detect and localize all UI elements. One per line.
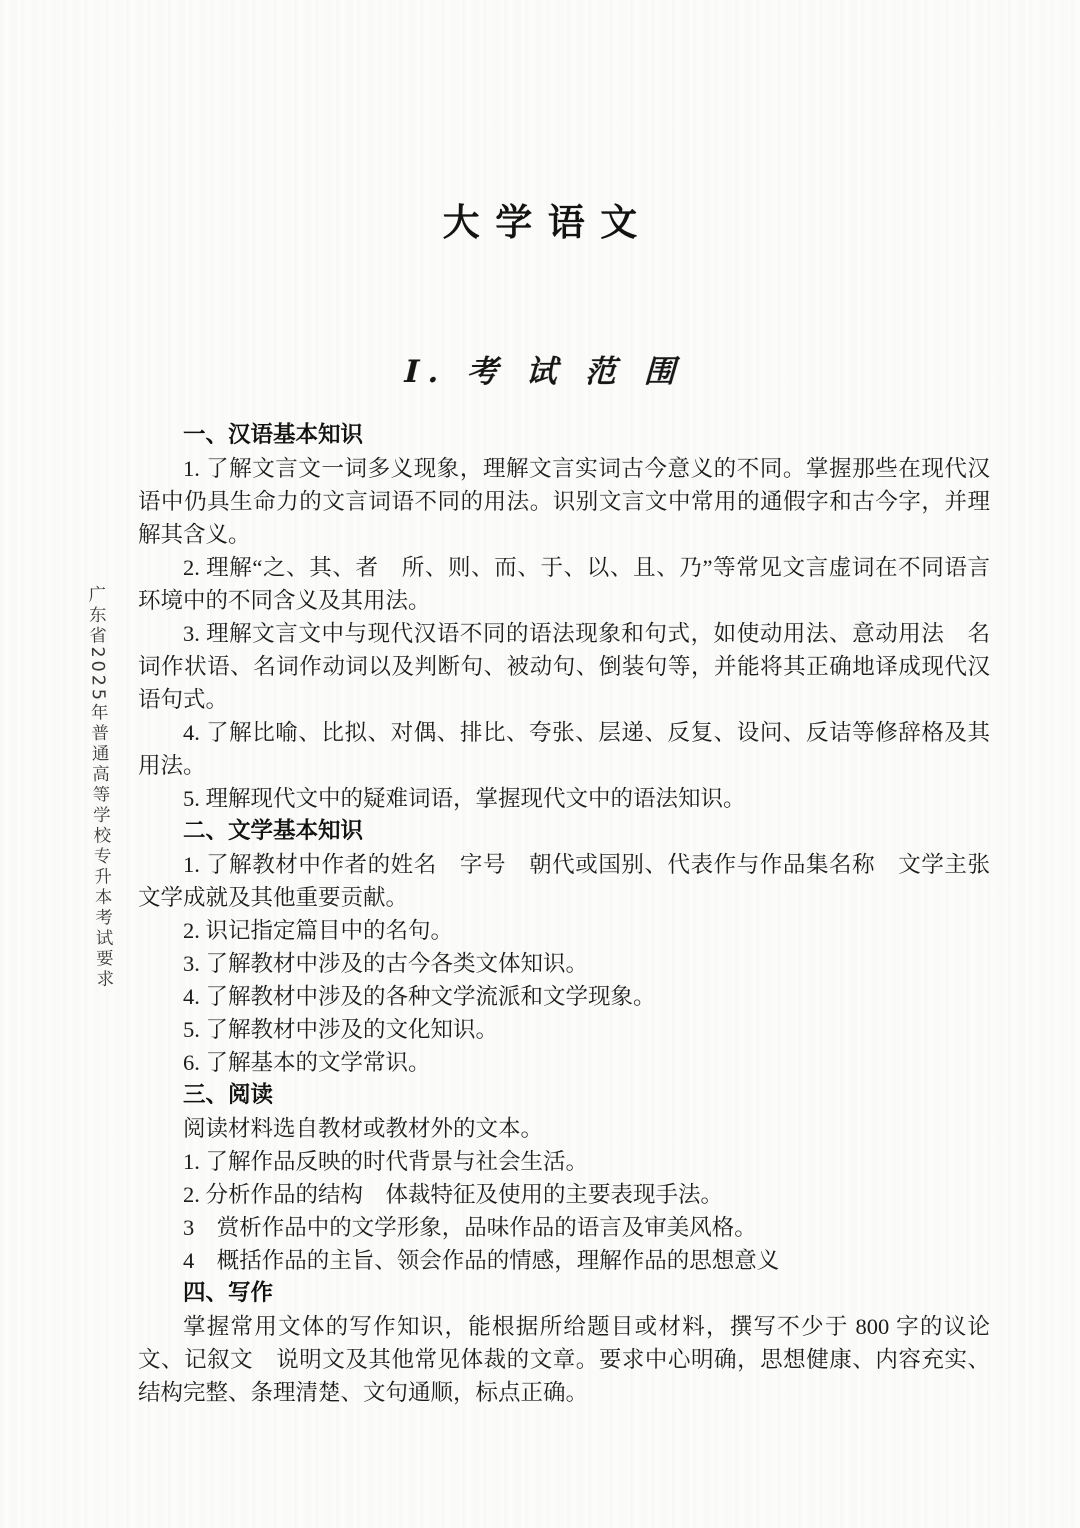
document-title: 大学语文: [0, 192, 1080, 246]
section-heading-4: 四、写作: [138, 1277, 990, 1310]
list-item-paragraph: 2. 分析作品的结构 体裁特征及使用的主要表现手法。: [138, 1178, 990, 1211]
list-item-paragraph: 5. 了解教材中涉及的文化知识。: [138, 1013, 990, 1046]
list-item-paragraph: 2. 理解“之、其、者 所、则、而、于、以、且、乃”等常见文言虚词在不同语言环境…: [138, 551, 990, 617]
list-item-paragraph: 1. 了解教材中作者的姓名 字号 朝代或国别、代表作与作品集名称 文学主张 文学…: [138, 848, 990, 914]
list-item-paragraph: 3. 理解文言文中与现代汉语不同的语法现象和句式，如使动用法、意动用法 名词作状…: [138, 617, 990, 716]
section-header-exam-scope: Ⅰ. 考 试 范 围: [0, 346, 1080, 391]
list-item-paragraph: 1. 了解文言文一词多义现象，理解文言实词古今意义的不同。掌握那些在现代汉语中仍…: [138, 452, 990, 551]
margin-vertical-caption: 广东省2025年普通高等学校专升本考试要求: [84, 585, 118, 1005]
scanned-document-page: 大学语文 Ⅰ. 考 试 范 围 广东省2025年普通高等学校专升本考试要求 一、…: [0, 0, 1080, 1528]
section-heading-3: 三、阅读: [138, 1079, 990, 1112]
body-paragraph: 掌握常用文体的写作知识，能根据所给题目或材料，撰写不少于 800 字的议论文、记…: [138, 1310, 990, 1409]
section-heading-2: 二、文学基本知识: [138, 815, 990, 848]
section-intro-paragraph: 阅读材料选自教材或教材外的文本。: [138, 1112, 990, 1145]
list-item-paragraph: 3. 了解教材中涉及的古今各类文体知识。: [138, 947, 990, 980]
list-item-paragraph: 4 概括作品的主旨、领会作品的情感，理解作品的思想意义: [138, 1244, 990, 1277]
list-item-paragraph: 2. 识记指定篇目中的名句。: [138, 914, 990, 947]
list-item-paragraph: 5. 理解现代文中的疑难词语，掌握现代文中的语法知识。: [138, 782, 990, 815]
list-item-paragraph: 4. 了解比喻、比拟、对偶、排比、夸张、层递、反复、设问、反诘等修辞格及其用法。: [138, 716, 990, 782]
document-body: 一、汉语基本知识 1. 了解文言文一词多义现象，理解文言实词古今意义的不同。掌握…: [138, 419, 990, 1409]
list-item-paragraph: 6. 了解基本的文学常识。: [138, 1046, 990, 1079]
list-item-paragraph: 3 赏析作品中的文学形象，品味作品的语言及审美风格。: [138, 1211, 990, 1244]
list-item-paragraph: 1. 了解作品反映的时代背景与社会生活。: [138, 1145, 990, 1178]
list-item-paragraph: 4. 了解教材中涉及的各种文学流派和文学现象。: [138, 980, 990, 1013]
section-heading-1: 一、汉语基本知识: [138, 419, 990, 452]
